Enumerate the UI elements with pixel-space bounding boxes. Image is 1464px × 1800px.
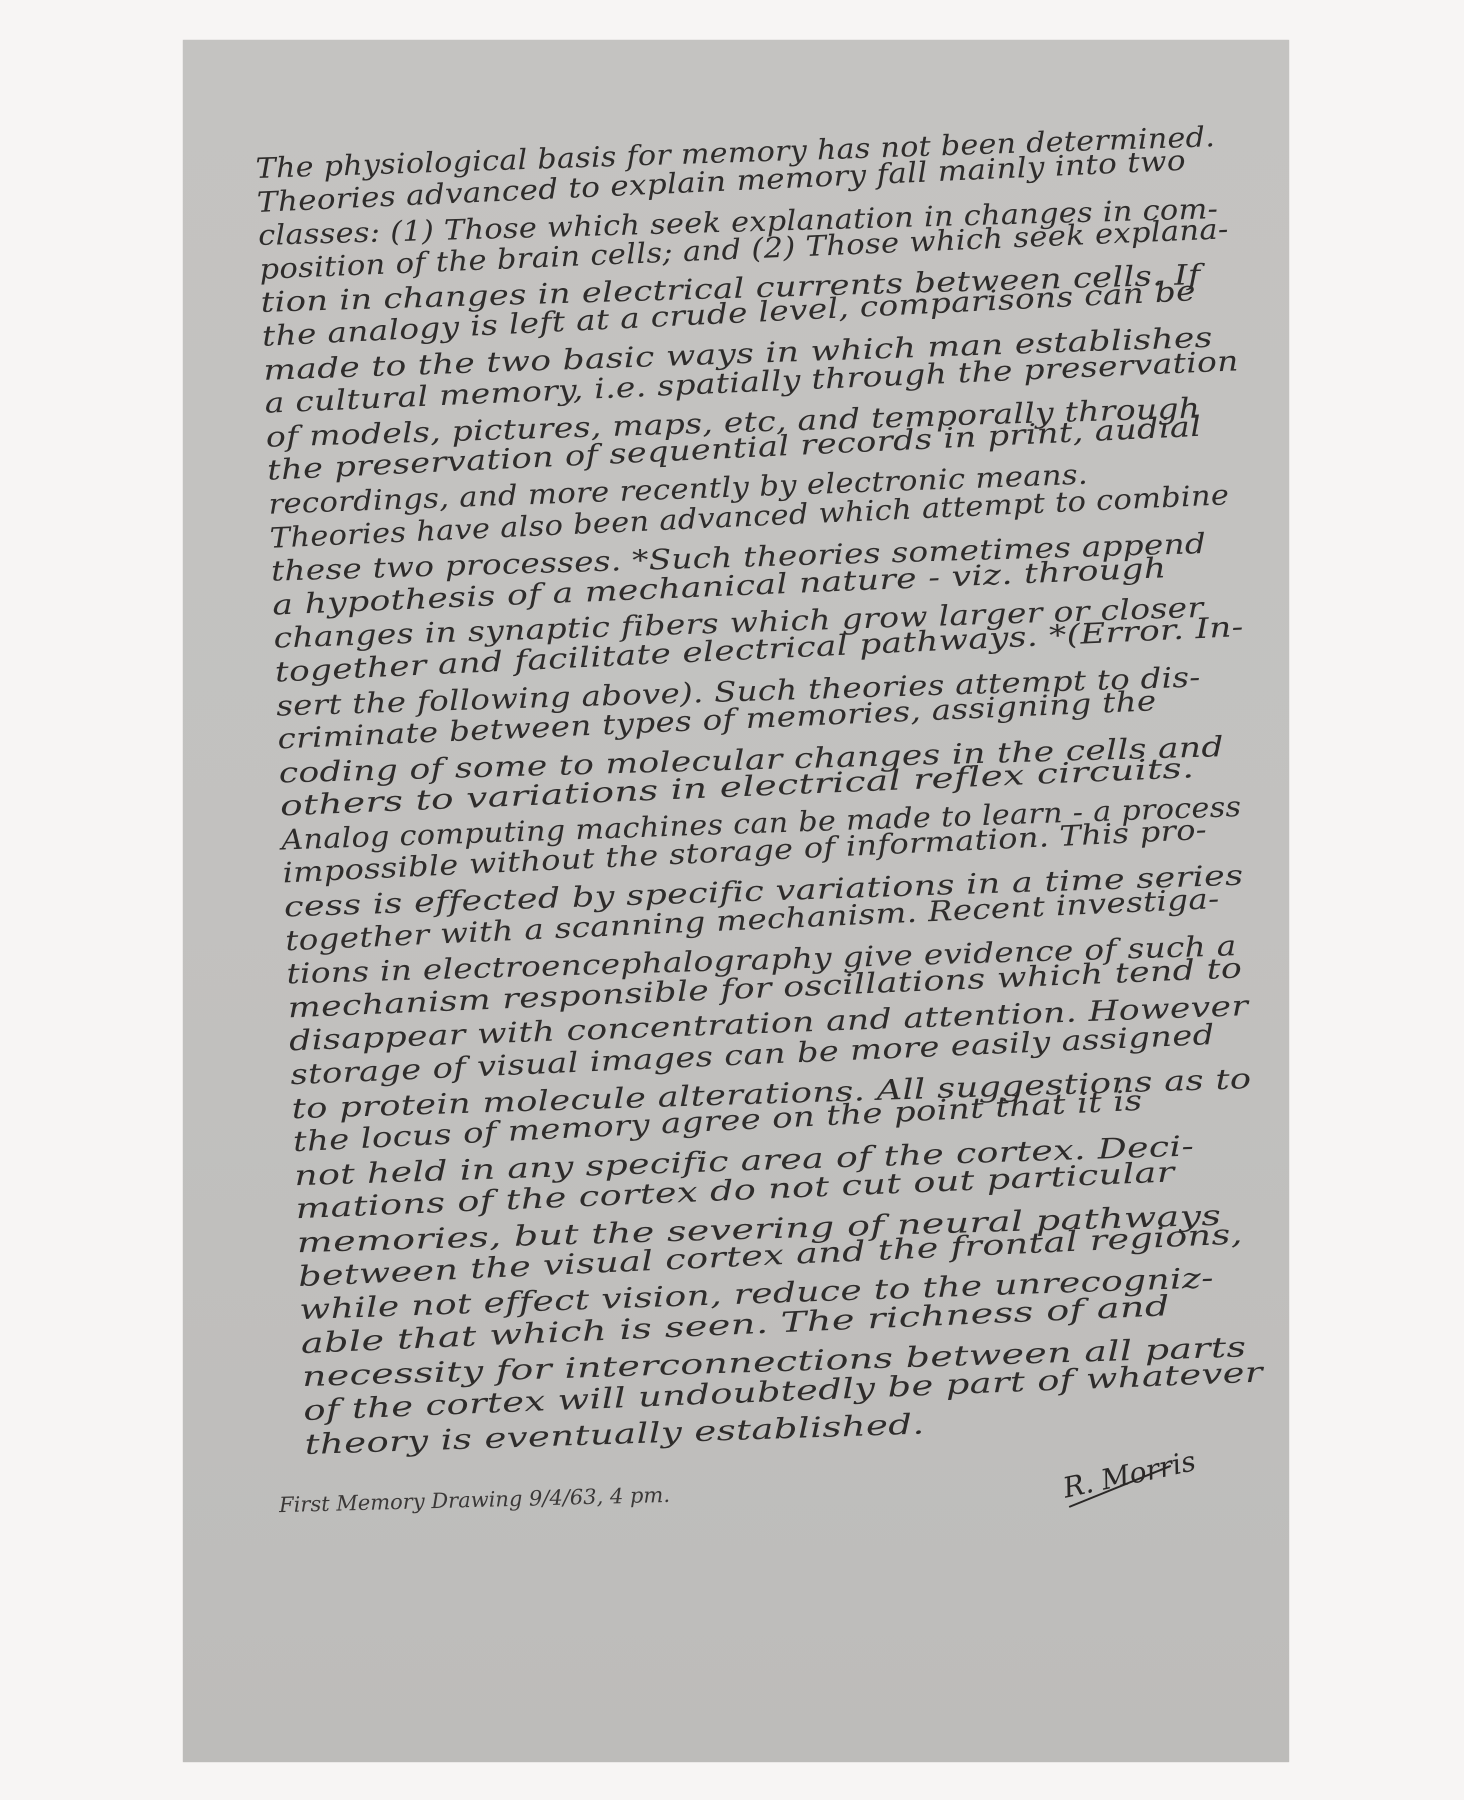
gray-paper-sheet: The physiological basis for memory has n… (183, 40, 1289, 1762)
handwritten-text-block: The physiological basis for memory has n… (255, 115, 1265, 1461)
caption-title-date: First Memory Drawing 9/4/63, 4 pm. (279, 1483, 671, 1517)
footer-row: First Memory Drawing 9/4/63, 4 pm. R. Mo… (279, 1480, 1179, 1540)
artist-signature: R. Morris (1060, 1444, 1198, 1504)
